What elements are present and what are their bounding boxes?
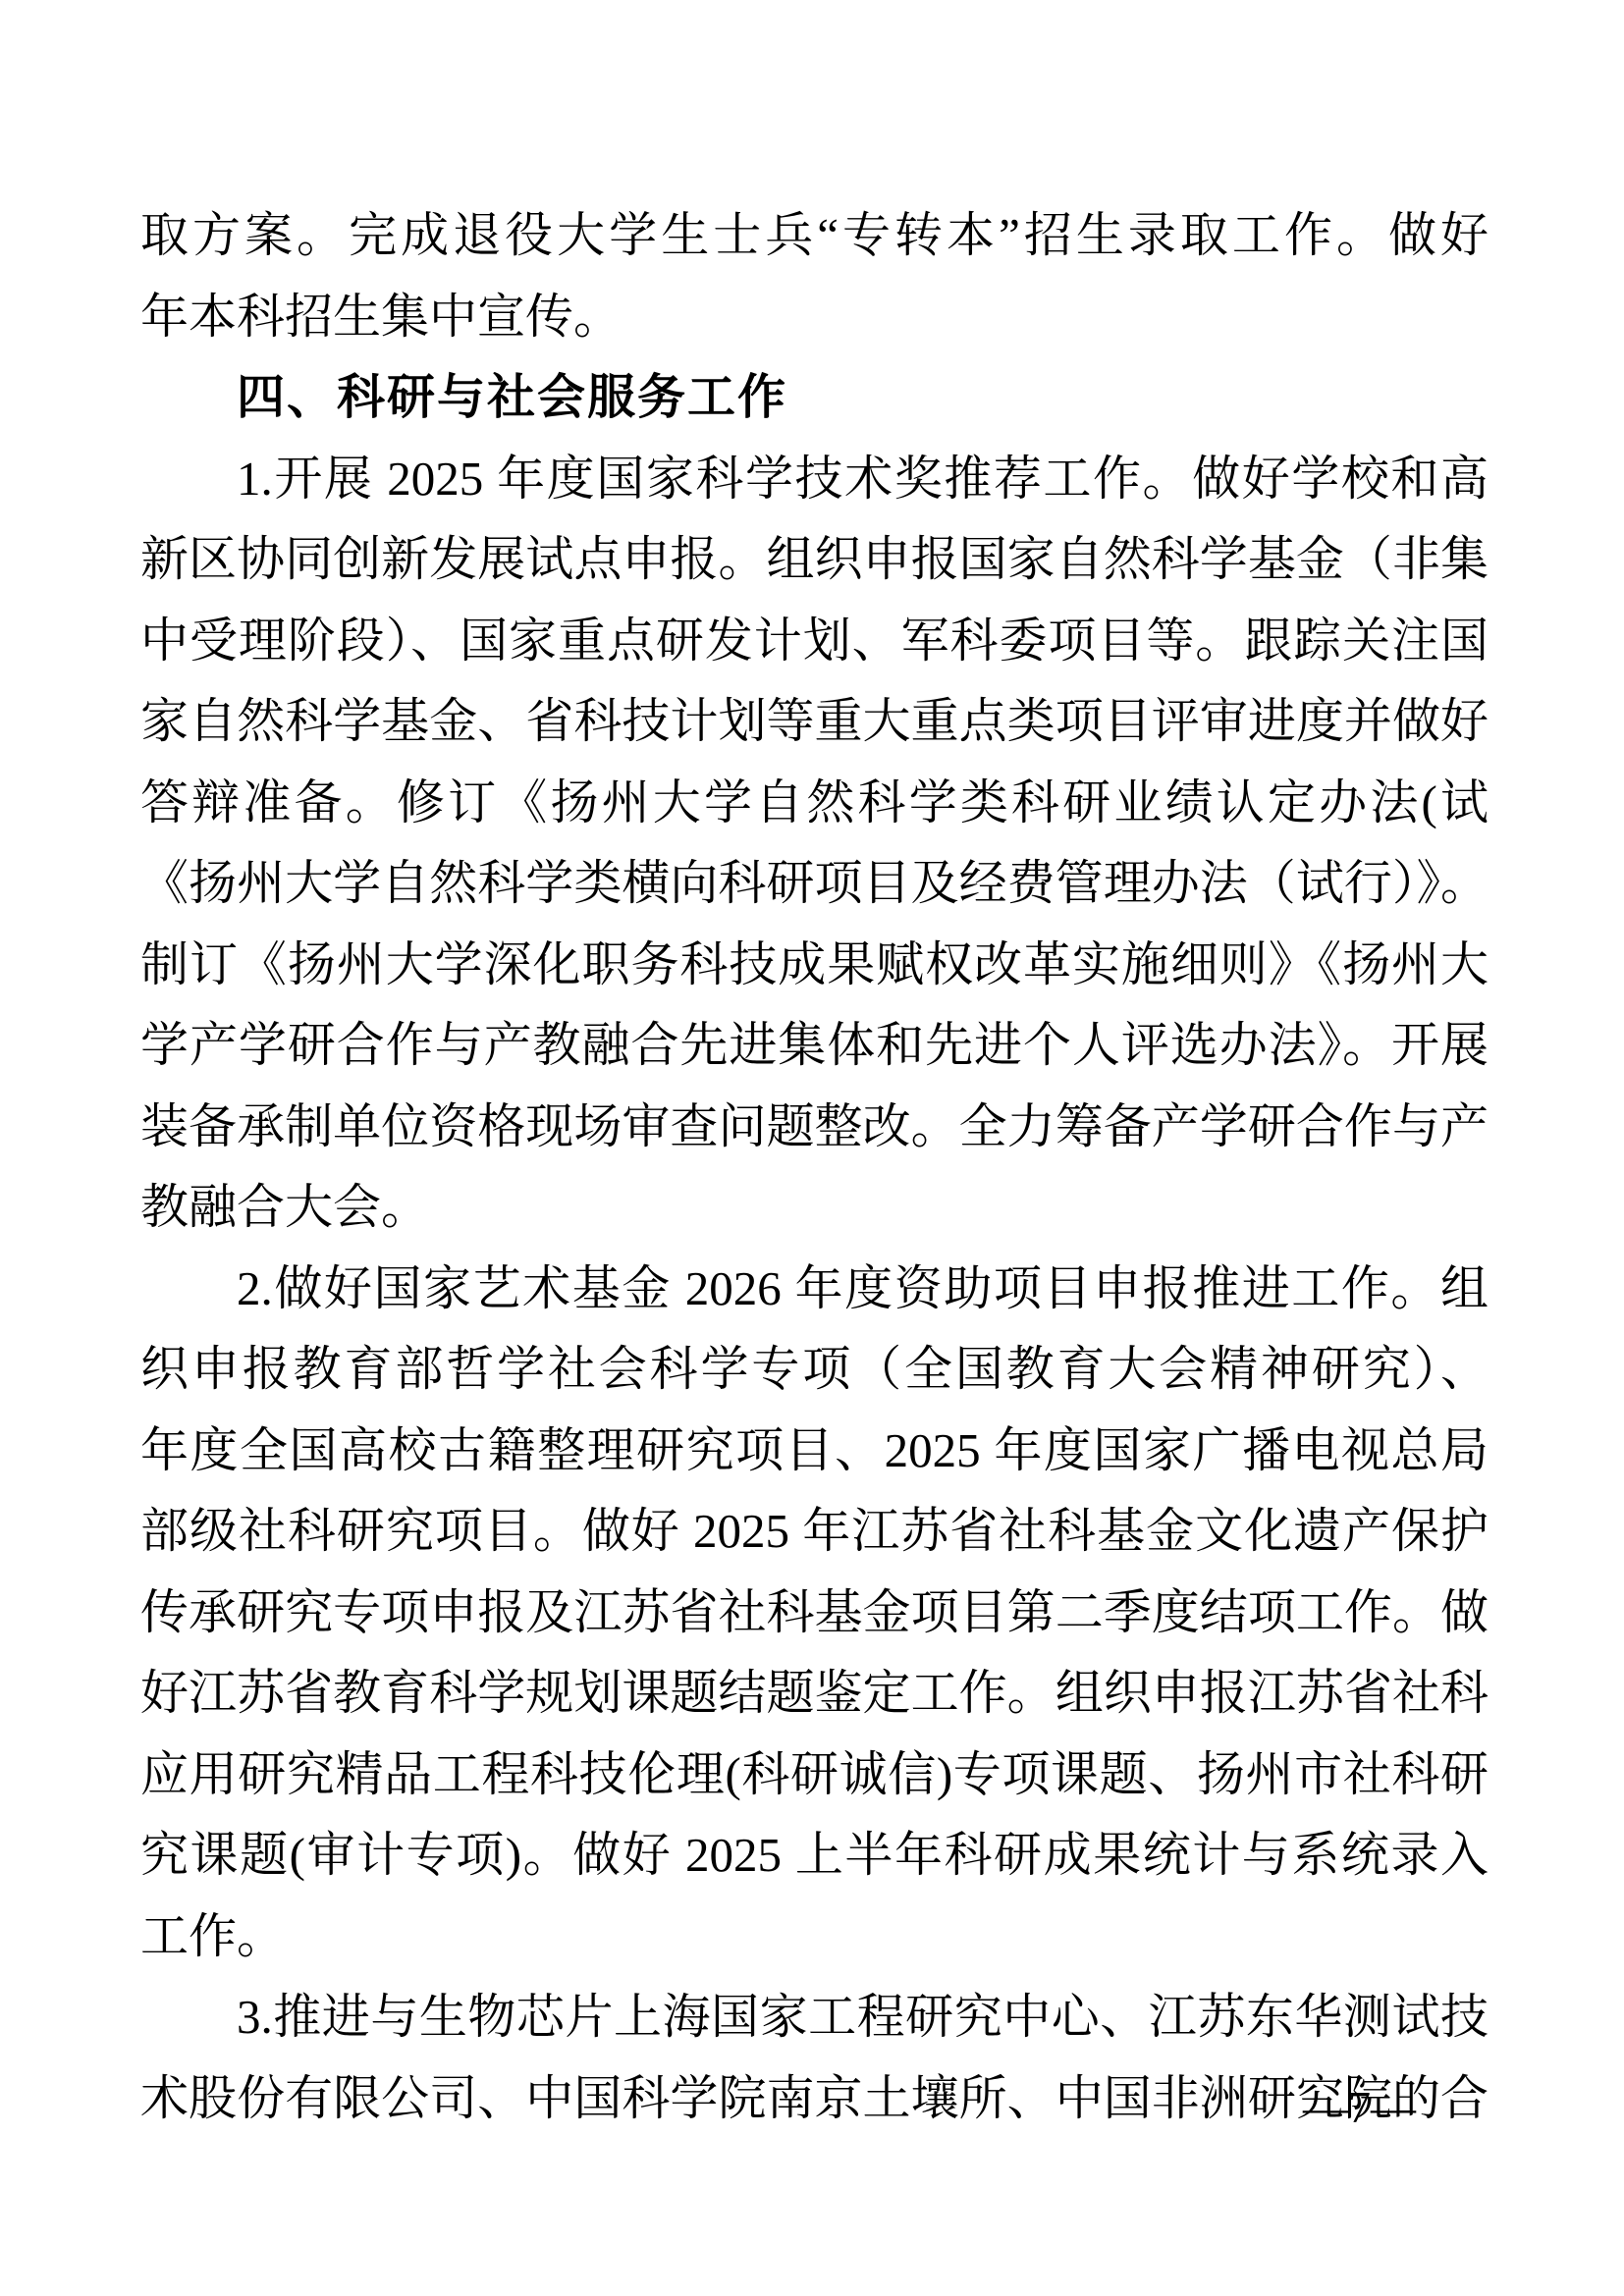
text-line: 好江苏省教育科学规划课题结题鉴定工作。组织申报江苏省社科 <box>140 1653 1489 1735</box>
section-heading: 四、科研与社会服务工作 <box>140 357 1489 439</box>
text-line: 家自然科学基金、省科技计划等重大重点类项目评审进度并做好 <box>140 681 1489 763</box>
text-line: 究课题(审计专项)。做好 2025 上半年科研成果统计与系统录入 <box>140 1815 1489 1896</box>
text-line: 工作。 <box>140 1896 1489 1978</box>
text-line: 制订《扬州大学深化职务科技成果赋权改革实施细则》《扬州大 <box>140 925 1489 1006</box>
text-line: 传承研究专项申报及江苏省社科基金项目第二季度结项工作。做 <box>140 1573 1489 1654</box>
text-line: 学产学研合作与产教融合先进集体和先进个人评选办法》。开展 <box>140 1005 1489 1087</box>
text-line: 1.开展 2025 年度国家科学技术奖推荐工作。做好学校和高 <box>140 439 1489 520</box>
text-line: 织申报教育部哲学社会科学专项（全国教育大会精神研究）、2025 <box>140 1329 1489 1411</box>
text-line: 取方案。完成退役大学生士兵“专转本”招生录取工作。做好 2025 <box>140 195 1489 277</box>
page-number: —7— <box>1303 2083 1416 2132</box>
text-line: 年度全国高校古籍整理研究项目、2025 年度国家广播电视总局 <box>140 1411 1489 1492</box>
text-line: 术股份有限公司、中国科学院南京土壤所、中国非洲研究院的合 <box>140 2058 1489 2140</box>
text-line: 新区协同创新发展试点申报。组织申报国家自然科学基金（非集 <box>140 519 1489 601</box>
text-line: 2.做好国家艺术基金 2026 年度资助项目申报推进工作。组 <box>140 1249 1489 1330</box>
text-line: 年本科招生集中宣传。 <box>140 277 1489 358</box>
text-line: 部级社科研究项目。做好 2025 年江苏省社科基金文化遗产保护 <box>140 1491 1489 1573</box>
text-line: 《扬州大学自然科学类横向科研项目及经费管理办法（试行）》。 <box>140 843 1489 925</box>
text-line: 3.推进与生物芯片上海国家工程研究中心、江苏东华测试技 <box>140 1977 1489 2058</box>
text-line: 教融合大会。 <box>140 1167 1489 1249</box>
text-line: 中受理阶段）、国家重点研发计划、军科委项目等。跟踪关注国 <box>140 601 1489 682</box>
document-page: 取方案。完成退役大学生士兵“专转本”招生录取工作。做好 2025 年本科招生集中… <box>0 0 1624 2139</box>
text-line: 应用研究精品工程科技伦理(科研诚信)专项课题、扬州市社科研 <box>140 1735 1489 1816</box>
text-line: 答辩准备。修订《扬州大学自然科学类科研业绩认定办法(试行)》 <box>140 763 1489 844</box>
text-line: 装备承制单位资格现场审查问题整改。全力筹备产学研合作与产 <box>140 1087 1489 1168</box>
